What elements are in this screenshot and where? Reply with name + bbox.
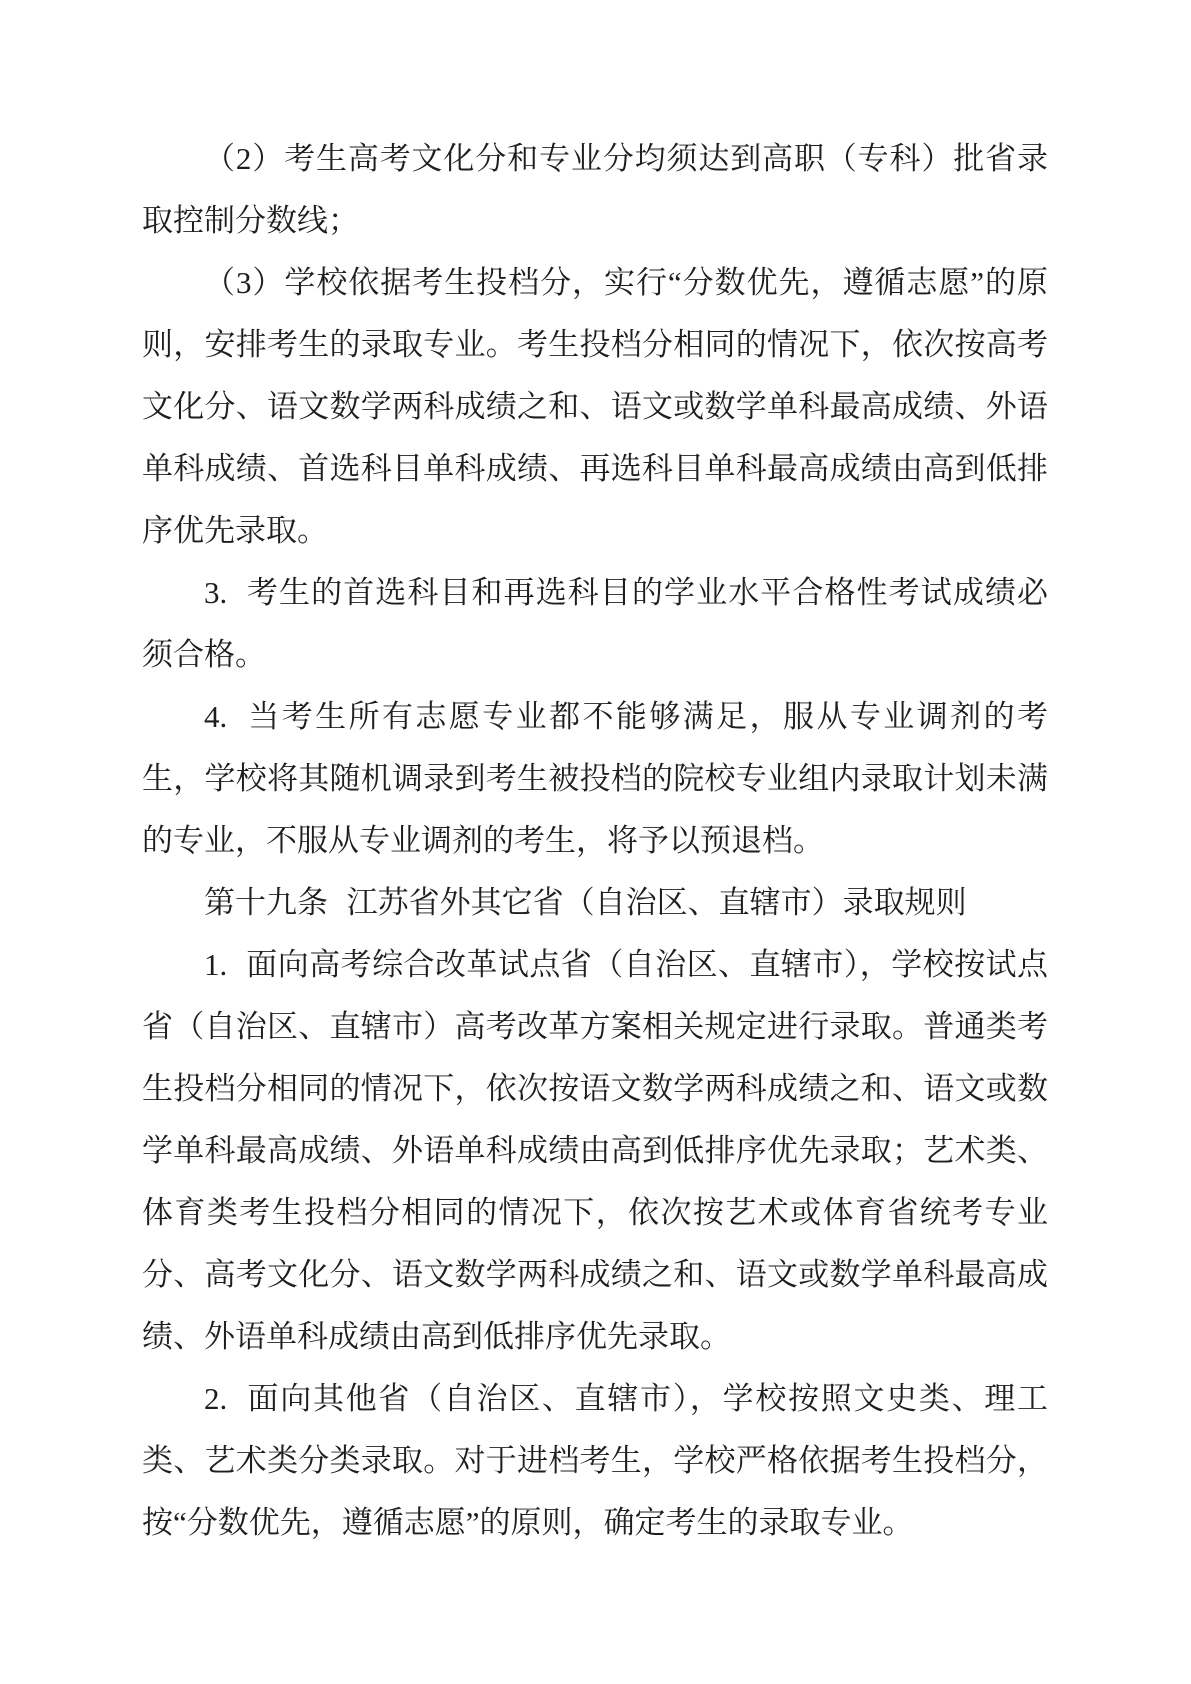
paragraph-rule-3: 3. 考生的首选科目和再选科目的学业水平合格性考试成绩必须合格。 xyxy=(142,562,1048,686)
paragraph-rule-4: 4. 当考生所有志愿专业都不能够满足，服从专业调剂的考生，学校将其随机调录到考生… xyxy=(142,686,1048,872)
paragraph-article-19-rule-1: 1. 面向高考综合改革试点省（自治区、直辖市），学校按试点省（自治区、直辖市）高… xyxy=(142,934,1048,1368)
article-19-heading: 第十九条 江苏省外其它省（自治区、直辖市）录取规则 xyxy=(142,872,1048,934)
paragraph-article-19-rule-2: 2. 面向其他省（自治区、直辖市），学校按照文史类、理工类、艺术类分类录取。对于… xyxy=(142,1368,1048,1554)
paragraph-clause-2: （2）考生高考文化分和专业分均须达到高职（专科）批省录取控制分数线； xyxy=(142,128,1048,252)
document-body: （2）考生高考文化分和专业分均须达到高职（专科）批省录取控制分数线； （3）学校… xyxy=(142,128,1048,1554)
document-page: （2）考生高考文化分和专业分均须达到高职（专科）批省录取控制分数线； （3）学校… xyxy=(0,0,1191,1684)
paragraph-clause-3: （3）学校依据考生投档分，实行“分数优先，遵循志愿”的原则，安排考生的录取专业。… xyxy=(142,252,1048,562)
